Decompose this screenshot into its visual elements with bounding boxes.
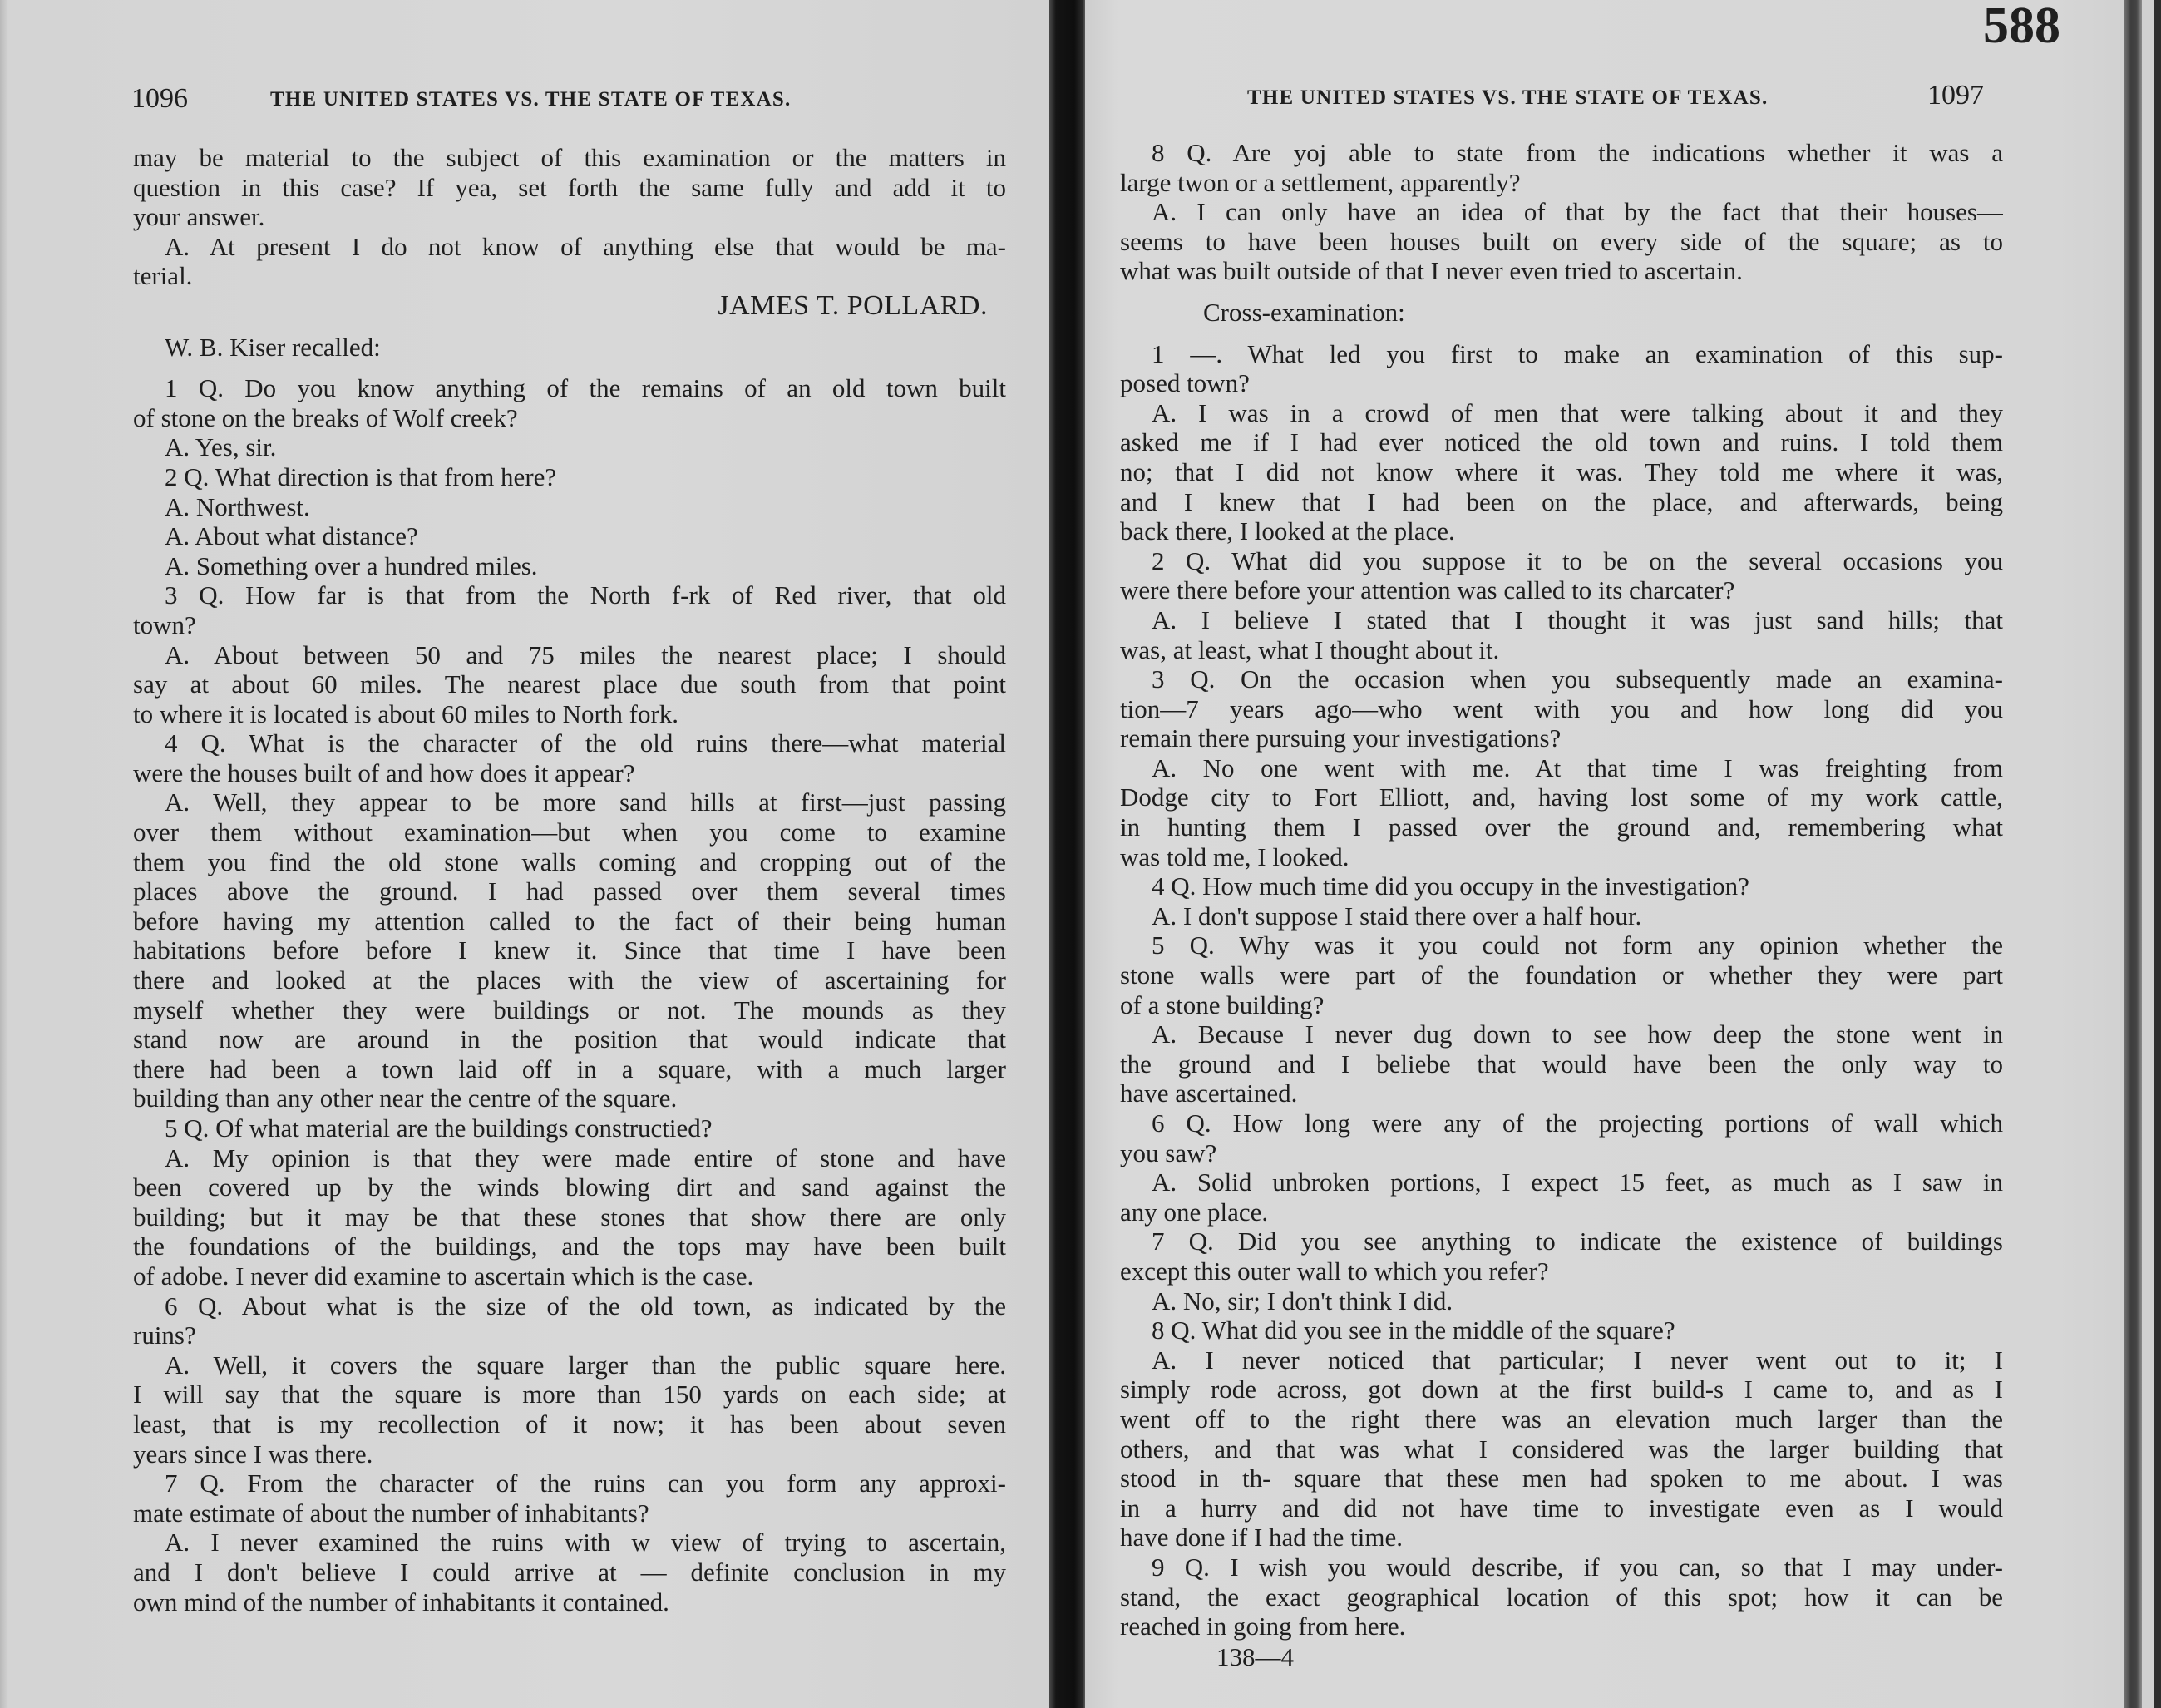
text-line: you saw? bbox=[1120, 1138, 2003, 1168]
text-line: A. Well, it covers the square larger tha… bbox=[133, 1350, 1006, 1380]
text-line: A. At present I do not know of anything … bbox=[133, 232, 1006, 262]
text-line: to where it is located is about 60 miles… bbox=[133, 699, 1006, 729]
text-line: was, at least, what I thought about it. bbox=[1120, 635, 2003, 665]
text-line: 8 Q. Are yoj able to state from the indi… bbox=[1120, 138, 2003, 168]
text-line: large twon or a settlement, apparently? bbox=[1120, 168, 2003, 198]
text-line: A. About what distance? bbox=[133, 521, 1006, 551]
left-page-number: 1096 bbox=[131, 83, 188, 115]
text-line: may be material to the subject of this e… bbox=[133, 143, 1006, 173]
text-line: myself whether they were buildings or no… bbox=[133, 995, 1006, 1025]
text-line: 6 Q. About what is the size of the old t… bbox=[133, 1291, 1006, 1321]
text-line: 6 Q. How long were any of the projecting… bbox=[1120, 1108, 2003, 1138]
text-line: W. B. Kiser recalled: bbox=[133, 333, 1006, 363]
text-line: reached in going from here. bbox=[1120, 1612, 2003, 1641]
text-line: A. Solid unbroken portions, I expect 15 … bbox=[1120, 1167, 2003, 1197]
right-running-head: THE UNITED STATES VS. THE STATE OF TEXAS… bbox=[1247, 86, 1768, 110]
text-line: 9 Q. I wish you would describe, if you c… bbox=[1120, 1553, 2003, 1582]
text-line: town? bbox=[133, 610, 1006, 640]
left-page-body: may be material to the subject of this e… bbox=[133, 143, 1006, 1617]
text-line: seems to have been houses built on every… bbox=[1120, 227, 2003, 257]
text-line: was told me, I looked. bbox=[1120, 842, 2003, 872]
text-line: any one place. bbox=[1120, 1197, 2003, 1227]
text-line: simply rode across, got down at the firs… bbox=[1120, 1375, 2003, 1404]
text-line: there and looked at the places with the … bbox=[133, 965, 1006, 995]
text-line: what was built outside of that I never e… bbox=[1120, 256, 2003, 286]
text-line: tion—7 years ago—who went with you and h… bbox=[1120, 694, 2003, 724]
text-line: mate estimate of about the number of inh… bbox=[133, 1498, 1006, 1528]
text-line: A. About between 50 and 75 miles the nea… bbox=[133, 640, 1006, 670]
text-line: 1 —. What led you first to make an exami… bbox=[1120, 339, 2003, 369]
text-line: 5 Q. Why was it you could not form any o… bbox=[1120, 931, 2003, 960]
text-line: A. I was in a crowd of men that were tal… bbox=[1120, 398, 2003, 428]
text-line: before having my attention called to the… bbox=[133, 906, 1006, 936]
text-line: of adobe. I never did examine to ascerta… bbox=[133, 1261, 1006, 1291]
text-line: 2 Q. What direction is that from here? bbox=[133, 462, 1006, 492]
text-line: posed town? bbox=[1120, 368, 2003, 398]
text-line: stood in th- square that these men had s… bbox=[1120, 1464, 2003, 1493]
text-line: ruins? bbox=[133, 1320, 1006, 1350]
text-line: 4 Q. What is the character of the old ru… bbox=[133, 728, 1006, 758]
text-line: back there, I looked at the place. bbox=[1120, 516, 2003, 546]
text-line: 3 Q. How far is that from the North f-rk… bbox=[133, 580, 1006, 610]
text-line: except this outer wall to which you refe… bbox=[1120, 1256, 2003, 1286]
scan-border bbox=[2154, 0, 2161, 1708]
text-line: least, that is my recollection of it now… bbox=[133, 1409, 1006, 1439]
text-line: A. Northwest. bbox=[133, 492, 1006, 522]
page-edge-shadow bbox=[2124, 0, 2142, 1708]
text-line: A. I believe I stated that I thought it … bbox=[1120, 605, 2003, 635]
book-spine-gutter bbox=[1049, 0, 1088, 1708]
text-line: 8 Q. What did you see in the middle of t… bbox=[1120, 1316, 2003, 1345]
text-line: A. No one went with me. At that time I w… bbox=[1120, 753, 2003, 783]
text-line: have ascertained. bbox=[1120, 1079, 2003, 1108]
text-line: years since I was there. bbox=[133, 1439, 1006, 1469]
text-line: habitations before before I knew it. Sin… bbox=[133, 935, 1006, 965]
text-line: 1 Q. Do you know anything of the remains… bbox=[133, 373, 1006, 403]
text-line: and I don't believe I could arrive at — … bbox=[133, 1557, 1006, 1587]
text-line: in hunting them I passed over the ground… bbox=[1120, 812, 2003, 842]
text-line: A. I don't suppose I staid there over a … bbox=[1120, 901, 2003, 931]
text-line: stand now are around in the position tha… bbox=[133, 1024, 1006, 1054]
text-line: of stone on the breaks of Wolf creek? bbox=[133, 403, 1006, 433]
text-line: places above the ground. I had passed ov… bbox=[133, 876, 1006, 906]
text-line: of a stone building? bbox=[1120, 990, 2003, 1020]
text-line: A. I never examined the ruins with w vie… bbox=[133, 1528, 1006, 1557]
witness-signature: JAMES T. POLLARD. bbox=[133, 291, 1006, 321]
text-line: A. Because I never dug down to see how d… bbox=[1120, 1019, 2003, 1049]
right-page-number: 1097 bbox=[1927, 80, 1984, 111]
text-line: 4 Q. How much time did you occupy in the… bbox=[1120, 871, 2003, 901]
text-line: A. Something over a hundred miles. bbox=[133, 551, 1006, 581]
text-line: been covered up by the winds blowing dir… bbox=[133, 1172, 1006, 1202]
left-running-head: THE UNITED STATES VS. THE STATE OF TEXAS… bbox=[270, 88, 791, 111]
text-line: no; that I did not know where it was. Th… bbox=[1120, 457, 2003, 487]
text-line: I will say that the square is more than … bbox=[133, 1380, 1006, 1409]
text-line: in a hurry and did not have time to inve… bbox=[1120, 1493, 2003, 1523]
text-line: were there before your attention was cal… bbox=[1120, 575, 2003, 605]
text-line: 7 Q. Did you see anything to indicate th… bbox=[1120, 1227, 2003, 1256]
text-line: have done if I had the time. bbox=[1120, 1523, 2003, 1553]
text-line: A. No, sir; I don't think I did. bbox=[1120, 1286, 2003, 1316]
text-line: question in this case? If yea, set forth… bbox=[133, 173, 1006, 203]
text-line: A. I can only have an idea of that by th… bbox=[1120, 197, 2003, 227]
text-line: them you find the old stone walls coming… bbox=[133, 847, 1006, 877]
text-line: 5 Q. Of what material are the buildings … bbox=[133, 1113, 1006, 1143]
text-line: stone walls were part of the foundation … bbox=[1120, 960, 2003, 990]
text-line: went off to the right there was an eleva… bbox=[1120, 1404, 2003, 1434]
text-line: there had been a town laid off in a squa… bbox=[133, 1054, 1006, 1084]
right-page-body: 8 Q. Are yoj able to state from the indi… bbox=[1120, 138, 2003, 1641]
text-line: A. Yes, sir. bbox=[133, 432, 1006, 462]
text-line: asked me if I had ever noticed the old t… bbox=[1120, 427, 2003, 457]
text-line: 2 Q. What did you suppose it to be on th… bbox=[1120, 546, 2003, 576]
text-line: your answer. bbox=[133, 202, 1006, 232]
text-line: remain there pursuing your investigation… bbox=[1120, 723, 2003, 753]
right-page: THE UNITED STATES VS. THE STATE OF TEXAS… bbox=[1085, 0, 2161, 1708]
printer-signature-mark: 138—4 bbox=[1216, 1642, 1294, 1672]
text-line: the foundations of the buildings, and th… bbox=[133, 1232, 1006, 1261]
text-line: building than any other near the centre … bbox=[133, 1084, 1006, 1113]
text-line: and I knew that I had been on the place,… bbox=[1120, 487, 2003, 517]
text-line: Dodge city to Fort Elliott, and, having … bbox=[1120, 782, 2003, 812]
left-page: 1096 THE UNITED STATES VS. THE STATE OF … bbox=[0, 0, 1054, 1708]
text-line: the ground and I beliebe that would have… bbox=[1120, 1049, 2003, 1079]
text-line: 7 Q. From the character of the ruins can… bbox=[133, 1469, 1006, 1498]
text-line: A. I never noticed that particular; I ne… bbox=[1120, 1345, 2003, 1375]
section-heading: Cross-examination: bbox=[1120, 298, 2003, 328]
text-line: own mind of the number of inhabitants it… bbox=[133, 1587, 1006, 1617]
text-line: stand, the exact geographical location o… bbox=[1120, 1582, 2003, 1612]
reel-frame-number: 588 bbox=[1983, 0, 2060, 56]
text-line: over them without examination—but when y… bbox=[133, 817, 1006, 847]
text-line: were the houses built of and how does it… bbox=[133, 758, 1006, 788]
text-line: 3 Q. On the occasion when you subsequent… bbox=[1120, 664, 2003, 694]
text-line: A. Well, they appear to be more sand hil… bbox=[133, 787, 1006, 817]
text-line: building; but it may be that these stone… bbox=[133, 1202, 1006, 1232]
text-line: say at about 60 miles. The nearest place… bbox=[133, 669, 1006, 699]
text-line: others, and that was what I considered w… bbox=[1120, 1434, 2003, 1464]
text-line: A. My opinion is that they were made ent… bbox=[133, 1143, 1006, 1173]
text-line: terial. bbox=[133, 261, 1006, 291]
